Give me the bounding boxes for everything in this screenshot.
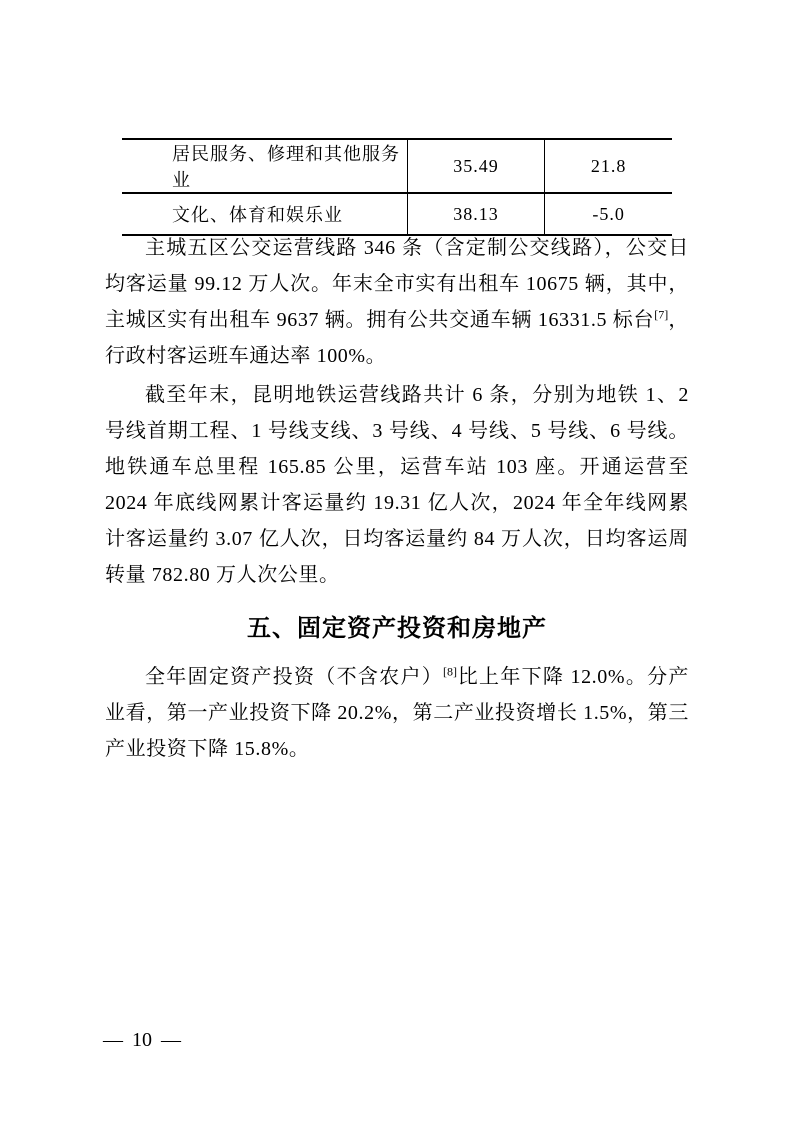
paragraph-public-transport: 主城五区公交运营线路 346 条（含定制公交线路），公交日均客运量 99.12 … (105, 230, 689, 374)
section-heading: 五、固定资产投资和房地产 (105, 610, 689, 646)
statistics-table: 居民服务、修理和其他服务业 35.49 21.8 文化、体育和娱乐业 38.13… (122, 138, 672, 236)
text-run: 截至年末，昆明地铁运营线路共计 6 条，分别为地铁 1、2 号线首期工程、1 号… (105, 384, 689, 586)
paragraph-metro: 截至年末，昆明地铁运营线路共计 6 条，分别为地铁 1、2 号线首期工程、1 号… (105, 377, 689, 593)
table-cell-growth: 21.8 (545, 139, 672, 193)
text-run: 全年固定资产投资（不含农户） (145, 666, 443, 688)
footnote-reference: [7] (654, 307, 668, 321)
table-cell-category: 文化、体育和娱乐业 (122, 193, 407, 235)
text-run: 主城五区公交运营线路 346 条（含定制公交线路），公交日均客运量 99.12 … (105, 237, 689, 331)
table-cell-category: 居民服务、修理和其他服务业 (122, 139, 407, 193)
table-cell-growth: -5.0 (545, 193, 672, 235)
footer-dash-right: — (161, 1029, 181, 1051)
footnote-reference: [8] (443, 664, 457, 678)
document-page: 居民服务、修理和其他服务业 35.49 21.8 文化、体育和娱乐业 38.13… (0, 0, 794, 1123)
paragraph-investment: 全年固定资产投资（不含农户）[8]比上年下降 12.0%。分产业看，第一产业投资… (105, 659, 689, 767)
table-row: 文化、体育和娱乐业 38.13 -5.0 (122, 193, 672, 235)
footer-dash-left: — (103, 1029, 123, 1051)
page-footer: —10— (103, 1026, 181, 1054)
table-row: 居民服务、修理和其他服务业 35.49 21.8 (122, 139, 672, 193)
page-number: 10 (132, 1026, 152, 1054)
table-cell-value: 35.49 (407, 139, 545, 193)
table-cell-value: 38.13 (407, 193, 545, 235)
